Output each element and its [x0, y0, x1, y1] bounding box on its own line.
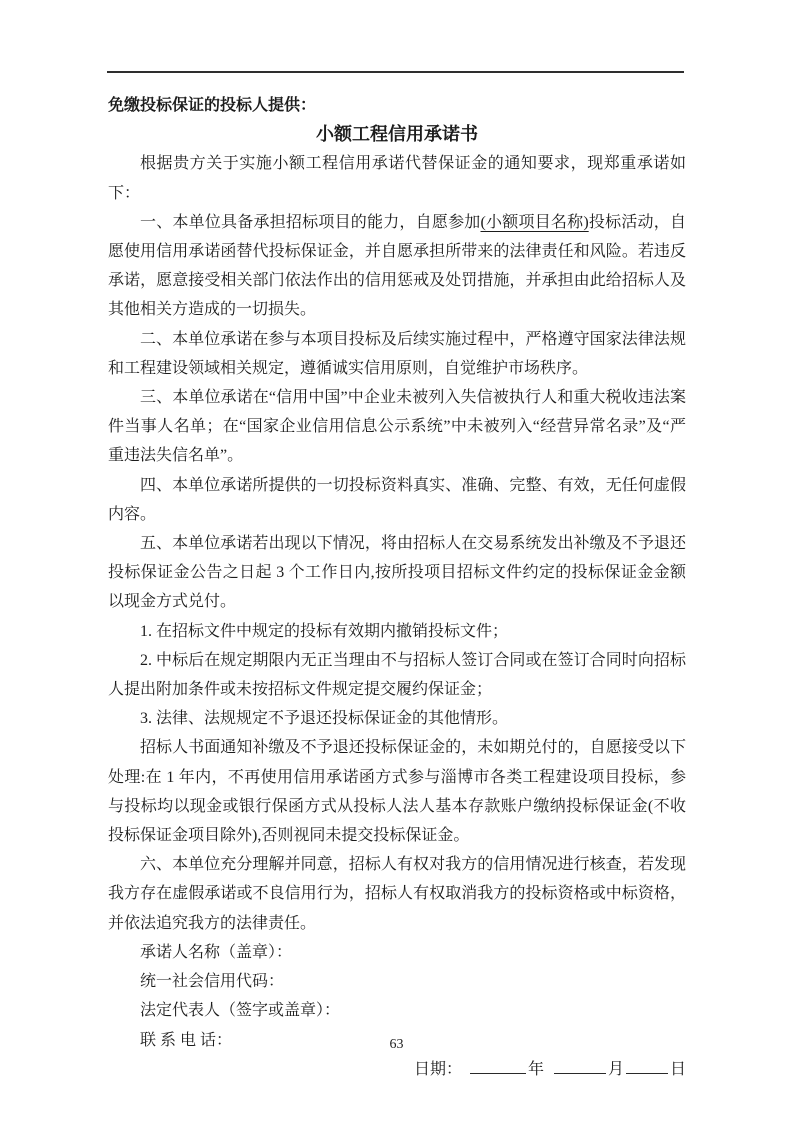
clause-3-paragraph: 三、本单位承诺在“信用中国”中企业未被列入失信被执行人和重大税收违法案件当事人名… [108, 383, 686, 471]
clause-5-item-3: 3. 法律、法规规定不予退还投标保证金的其他情形。 [108, 704, 686, 733]
date-month-label: 月 [608, 1061, 624, 1078]
page-number: 63 [0, 1037, 793, 1053]
signature-credit-code-label: 统一社会信用代码： [108, 967, 686, 996]
clause-5-item-1: 1. 在招标文件中规定的投标有效期内撤销投标文件； [108, 617, 686, 646]
signature-name-label: 承诺人名称（盖章）： [108, 938, 686, 967]
header-rule [107, 71, 684, 73]
clause-1-project-name-placeholder: (小额项目名称) [481, 214, 589, 231]
clause-1-text-before: 一、本单位具备承担招标项目的能力，自愿参加 [140, 214, 481, 231]
clause-5-paragraph: 五、本单位承诺若出现以下情况，将由招标人在交易系统发出补缴及不予退还投标保证金公… [108, 529, 686, 617]
date-year-blank [470, 1058, 526, 1074]
date-day-blank [626, 1058, 668, 1074]
clause-5-item-2: 2. 中标后在规定期限内无正当理由不与招标人签订合同或在签订合同时向招标人提出附… [108, 646, 686, 704]
date-year-label: 年 [528, 1061, 544, 1078]
provider-note: 免缴投标保证的投标人提供： [108, 91, 686, 120]
date-day-label: 日 [670, 1061, 686, 1078]
intro-paragraph: 根据贵方关于实施小额工程信用承诺代替保证金的通知要求，现郑重承诺如下： [108, 149, 686, 207]
document-title: 小额工程信用承诺书 [108, 120, 686, 149]
signature-legal-rep-label: 法定代表人（签字或盖章）： [108, 996, 686, 1025]
clause-6-paragraph: 六、本单位充分理解并同意，招标人有权对我方的信用情况进行核查，若发现我方存在虚假… [108, 850, 686, 938]
date-label: 日期： [414, 1061, 462, 1078]
penalty-paragraph: 招标人书面通知补缴及不予退还投标保证金的，未如期兑付的，自愿接受以下处理:在 1… [108, 733, 686, 850]
date-month-blank [554, 1058, 606, 1074]
document-page: 免缴投标保证的投标人提供： 小额工程信用承诺书 根据贵方关于实施小额工程信用承诺… [0, 0, 793, 1122]
clause-1-paragraph: 一、本单位具备承担招标项目的能力，自愿参加(小额项目名称)投标活动，自愿使用信用… [108, 208, 686, 325]
document-content: 免缴投标保证的投标人提供： 小额工程信用承诺书 根据贵方关于实施小额工程信用承诺… [108, 91, 686, 1084]
clause-2-paragraph: 二、本单位承诺在参与本项目投标及后续实施过程中，严格遵守国家法律法规和工程建设领… [108, 325, 686, 383]
date-line: 日期：年月日 [108, 1055, 686, 1084]
clause-4-paragraph: 四、本单位承诺所提供的一切投标资料真实、准确、完整、有效，无任何虚假内容。 [108, 471, 686, 529]
